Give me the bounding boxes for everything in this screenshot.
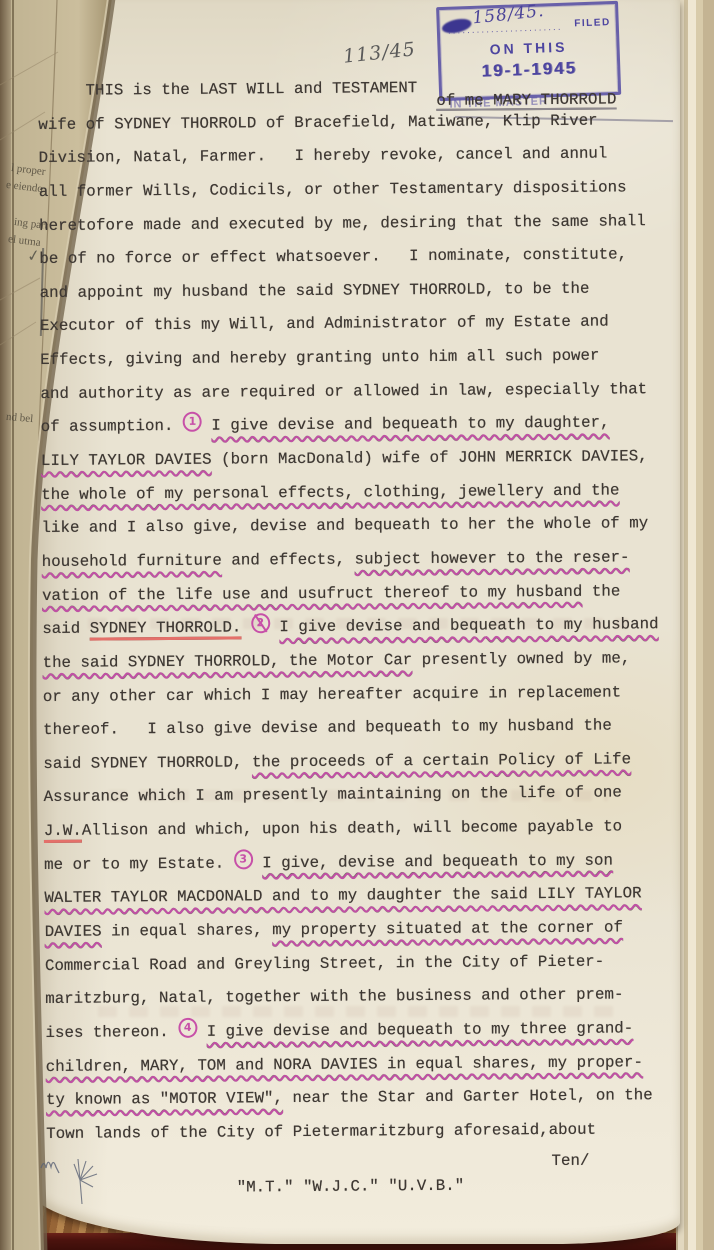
text-line: household furniture and effects, subject… bbox=[42, 548, 684, 587]
text-segment: the whole of my personal effects, clothi… bbox=[41, 481, 619, 504]
text-segment: Allison and which, upon his death, will … bbox=[82, 818, 622, 840]
text-segment: Executor of this my Will, and Administra… bbox=[40, 313, 609, 335]
previous-page-fragment: nd bel bbox=[6, 411, 34, 425]
text-segment: the bbox=[582, 582, 620, 600]
text-segment: J.W. bbox=[44, 822, 82, 840]
text-segment: of me MARY THORROLD bbox=[436, 90, 616, 109]
catchword: Ten/ bbox=[551, 1152, 589, 1170]
text-segment: subject however to the reser- bbox=[355, 548, 630, 568]
text-segment: and authority as are required or allowed… bbox=[40, 380, 647, 403]
text-line: Assurance which I am presently maintaini… bbox=[44, 783, 686, 822]
text-segment: I give, devise and bequeath to my son bbox=[262, 851, 613, 872]
text-segment: ises thereon. bbox=[45, 1023, 178, 1042]
text-line: said SYDNEY THORROLD, the proceeds of a … bbox=[43, 750, 685, 789]
text-line: LILY TAYLOR DAVIES (born MacDonald) wife… bbox=[41, 447, 683, 486]
text-segment: WALTER TAYLOR MACDONALD and to my daught… bbox=[44, 885, 641, 908]
text-segment: Division, Natal, Farmer. I hereby revoke… bbox=[39, 145, 608, 167]
text-segment bbox=[241, 619, 251, 637]
text-line: wife of SYDNEY THORROLD of Bracefield, M… bbox=[38, 111, 680, 150]
text-segment bbox=[270, 618, 280, 636]
text-line: J.W.Allison and which, upon his death, w… bbox=[44, 817, 686, 856]
clause-number-circle: 4 bbox=[178, 1018, 197, 1038]
text-segment: THIS is the LAST WILL and TESTAMENT bbox=[38, 79, 436, 100]
text-segment: me or to my Estate. bbox=[44, 854, 234, 873]
text-segment: presently owned by me, bbox=[412, 649, 630, 669]
text-segment: vation of the life use and usufruct ther… bbox=[42, 582, 582, 604]
text-line: vation of the life use and usufruct ther… bbox=[42, 582, 684, 621]
text-segment: said bbox=[42, 620, 90, 638]
text-line: and appoint my husband the said SYDNEY T… bbox=[40, 279, 682, 318]
text-segment: I give devise and bequeath to my three g… bbox=[207, 1019, 634, 1040]
text-line: ty known as "MOTOR VIEW", near the Star … bbox=[46, 1086, 688, 1125]
text-line: of assumption. 1 I give devise and beque… bbox=[41, 413, 683, 452]
text-segment: children, MARY, TOM and NORA DAVIES in e… bbox=[46, 1053, 643, 1076]
text-line: and authority as are required or allowed… bbox=[40, 380, 682, 419]
text-segment: household furniture bbox=[42, 552, 222, 571]
text-segment: Town lands of the City of Pietermaritzbu… bbox=[46, 1121, 596, 1143]
text-segment: near the Star and Garter Hotel, on the bbox=[283, 1086, 653, 1107]
text-line: like and I also give, devise and bequeat… bbox=[41, 514, 683, 553]
text-segment: Commercial Road and Greyling Street, in … bbox=[45, 952, 604, 974]
clause-number-circle: 3 bbox=[234, 849, 253, 869]
text-line: Commercial Road and Greyling Street, in … bbox=[45, 952, 687, 991]
text-segment bbox=[202, 417, 212, 435]
text-segment: Effects, giving and hereby granting unto… bbox=[40, 347, 599, 369]
text-line: children, MARY, TOM and NORA DAVIES in e… bbox=[46, 1053, 688, 1092]
text-segment: (born MacDonald) wife of JOHN MERRICK DA… bbox=[212, 447, 648, 468]
pencil-scribble bbox=[35, 1148, 125, 1210]
text-segment: and appoint my husband the said SYDNEY T… bbox=[40, 280, 590, 302]
stamp-on-this: ON THIS bbox=[440, 37, 616, 59]
text-segment: maritzburg, Natal, together with the bus… bbox=[45, 986, 623, 1009]
text-segment: ty known as "MOTOR VIEW", bbox=[46, 1089, 283, 1109]
text-segment: my property situated at the corner of bbox=[272, 918, 623, 939]
text-line: DAVIES in equal shares, my property situ… bbox=[45, 918, 687, 957]
text-line: Division, Natal, Farmer. I hereby revoke… bbox=[39, 144, 681, 183]
text-segment: Assurance which I am presently maintaini… bbox=[44, 784, 622, 807]
text-segment: LILY TAYLOR DAVIES bbox=[41, 451, 212, 470]
text-line: me or to my Estate. 3 I give, devise and… bbox=[44, 851, 686, 890]
text-line: or any other car which I may hereafter a… bbox=[43, 682, 685, 721]
text-line: heretofore made and executed by me, desi… bbox=[39, 212, 681, 251]
text-segment: like and I also give, devise and bequeat… bbox=[41, 515, 648, 538]
text-segment: all former Wills, Codicils, or other Tes… bbox=[39, 178, 627, 201]
text-segment: heretofore made and executed by me, desi… bbox=[39, 212, 646, 235]
text-segment bbox=[253, 854, 263, 872]
text-line: Effects, giving and hereby granting unto… bbox=[40, 346, 682, 385]
text-line: said SYDNEY THORROLD. 2 I give devise an… bbox=[42, 615, 684, 654]
text-line: ises thereon. 4 I give devise and bequea… bbox=[45, 1019, 687, 1058]
text-line: Town lands of the City of Pietermaritzbu… bbox=[46, 1120, 688, 1159]
text-segment: and effects, bbox=[222, 550, 355, 569]
text-line: all former Wills, Codicils, or other Tes… bbox=[39, 178, 681, 217]
text-segment: the said SYDNEY THORROLD, the Motor Car bbox=[42, 651, 412, 672]
clause-number-circle: 2 bbox=[251, 613, 270, 633]
text-segment: thereof. I also give devise and bequeath… bbox=[43, 717, 612, 739]
text-line: the said SYDNEY THORROLD, the Motor Car … bbox=[42, 649, 684, 688]
text-line: the whole of my personal effects, clothi… bbox=[41, 481, 683, 520]
text-line: maritzburg, Natal, together with the bus… bbox=[45, 985, 687, 1024]
typed-text: THIS is the LAST WILL and TESTAMENT of m… bbox=[38, 77, 688, 1159]
text-segment: SYDNEY THORROLD. bbox=[90, 619, 242, 638]
text-segment: in equal shares, bbox=[101, 921, 272, 940]
text-line: WALTER TAYLOR MACDONALD and to my daught… bbox=[44, 884, 686, 923]
text-segment: of assumption. bbox=[41, 417, 183, 436]
clause-number-circle: 1 bbox=[183, 412, 202, 432]
text-segment bbox=[197, 1023, 207, 1041]
text-segment: be of no force or effect whatsoever. I n… bbox=[39, 246, 627, 269]
text-line: be of no force or effect whatsoever. I n… bbox=[39, 245, 681, 284]
text-segment: I give devise and bequeath to my husband bbox=[279, 615, 658, 636]
text-segment: wife of SYDNEY THORROLD of Bracefield, M… bbox=[38, 111, 597, 133]
text-line: thereof. I also give devise and bequeath… bbox=[43, 716, 685, 755]
text-line: THIS is the LAST WILL and TESTAMENT of m… bbox=[38, 77, 680, 116]
text-line: Executor of this my Will, and Administra… bbox=[40, 312, 682, 351]
text-segment: the proceeds of a certain Policy of Life bbox=[252, 750, 631, 771]
photographed-will-page: { "page": { "case_number": "113/45", "fi… bbox=[0, 0, 714, 1250]
text-segment: said SYDNEY THORROLD, bbox=[43, 753, 252, 773]
text-segment: or any other car which I may hereafter a… bbox=[43, 683, 621, 706]
stamp-filed-label: FILED bbox=[574, 17, 611, 29]
initials-line: "M.T." "W.J.C." "U.V.B." bbox=[237, 1177, 465, 1197]
text-segment: I give devise and bequeath to my daughte… bbox=[211, 414, 609, 435]
text-segment: DAVIES bbox=[45, 923, 102, 941]
